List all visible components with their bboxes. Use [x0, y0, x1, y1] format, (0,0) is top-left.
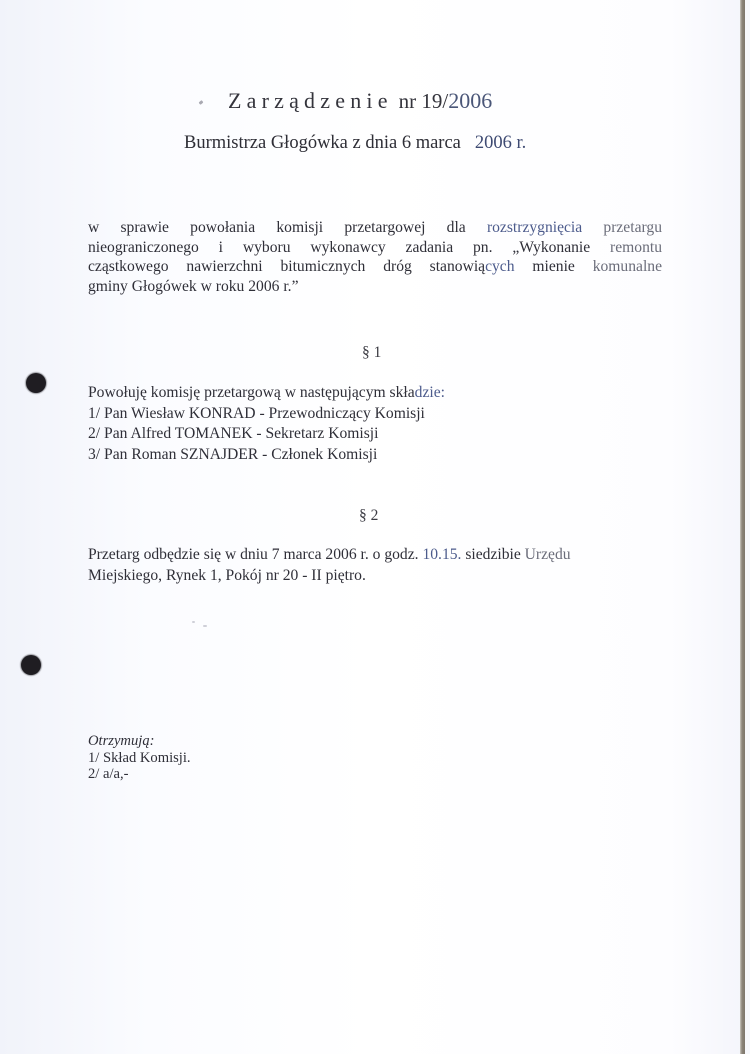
section-2-mark: § 2 — [359, 507, 378, 525]
scan-speck — [192, 621, 195, 623]
section-2-line-2: Miejskiego, Rynek 1, Pokój nr 20 - II pi… — [88, 566, 662, 587]
title-word: Zarządzenie — [228, 88, 393, 113]
recipient-item: 2/ a/a,- — [88, 766, 191, 783]
recipients-block: Otrzymują: 1/ Skład Komisji. 2/ a/a,- — [88, 733, 191, 783]
title-number: nr 19/ — [399, 89, 449, 113]
scanned-page: Zarządzenienr 19/2006 Burmistrza Głogówk… — [0, 0, 745, 1054]
intro-line: gminy Głogówek w roku 2006 r.” — [88, 277, 662, 297]
scan-speck — [203, 625, 207, 627]
member-item: 2/ Pan Alfred TOMANEK - Sekretarz Komisj… — [88, 424, 445, 445]
intro-line: w sprawie powołania komisji przetargowej… — [88, 218, 662, 238]
page-edge-shadow — [740, 0, 745, 1054]
document-subtitle: Burmistrza Głogówka z dnia 6 marca2006 r… — [184, 133, 526, 154]
punch-hole-bottom — [21, 655, 41, 675]
recipients-heading: Otrzymują: — [88, 733, 191, 750]
member-item: 3/ Pan Roman SZNAJDER - Członek Komisji — [88, 445, 445, 466]
subtitle-main: Burmistrza Głogówka z dnia 6 marca — [184, 133, 461, 153]
member-item: 1/ Pan Wiesław KONRAD - Przewodniczący K… — [88, 404, 445, 425]
intro-paragraph: w sprawie powołania komisji przetargowej… — [88, 218, 662, 296]
scan-mark — [199, 100, 204, 105]
subtitle-year: 2006 r. — [475, 133, 526, 153]
section-1-body: Powołuję komisję przetargową w następują… — [88, 383, 445, 465]
section-2-line-1: Przetarg odbędzie się w dniu 7 marca 200… — [88, 545, 662, 566]
document-title: Zarządzenienr 19/2006 — [228, 88, 492, 114]
section-1-mark: § 1 — [362, 344, 381, 362]
recipient-item: 1/ Skład Komisji. — [88, 750, 191, 767]
punch-hole-top — [26, 373, 46, 393]
intro-line: nieograniczonego i wyboru wykonawcy zada… — [88, 238, 662, 258]
title-year: 2006 — [448, 88, 492, 113]
section-2-body: Przetarg odbędzie się w dniu 7 marca 200… — [88, 545, 662, 586]
intro-line: cząstkowego nawierzchni bitumicznych dró… — [88, 257, 662, 277]
section-1-lead: Powołuję komisję przetargową w następują… — [88, 383, 445, 404]
